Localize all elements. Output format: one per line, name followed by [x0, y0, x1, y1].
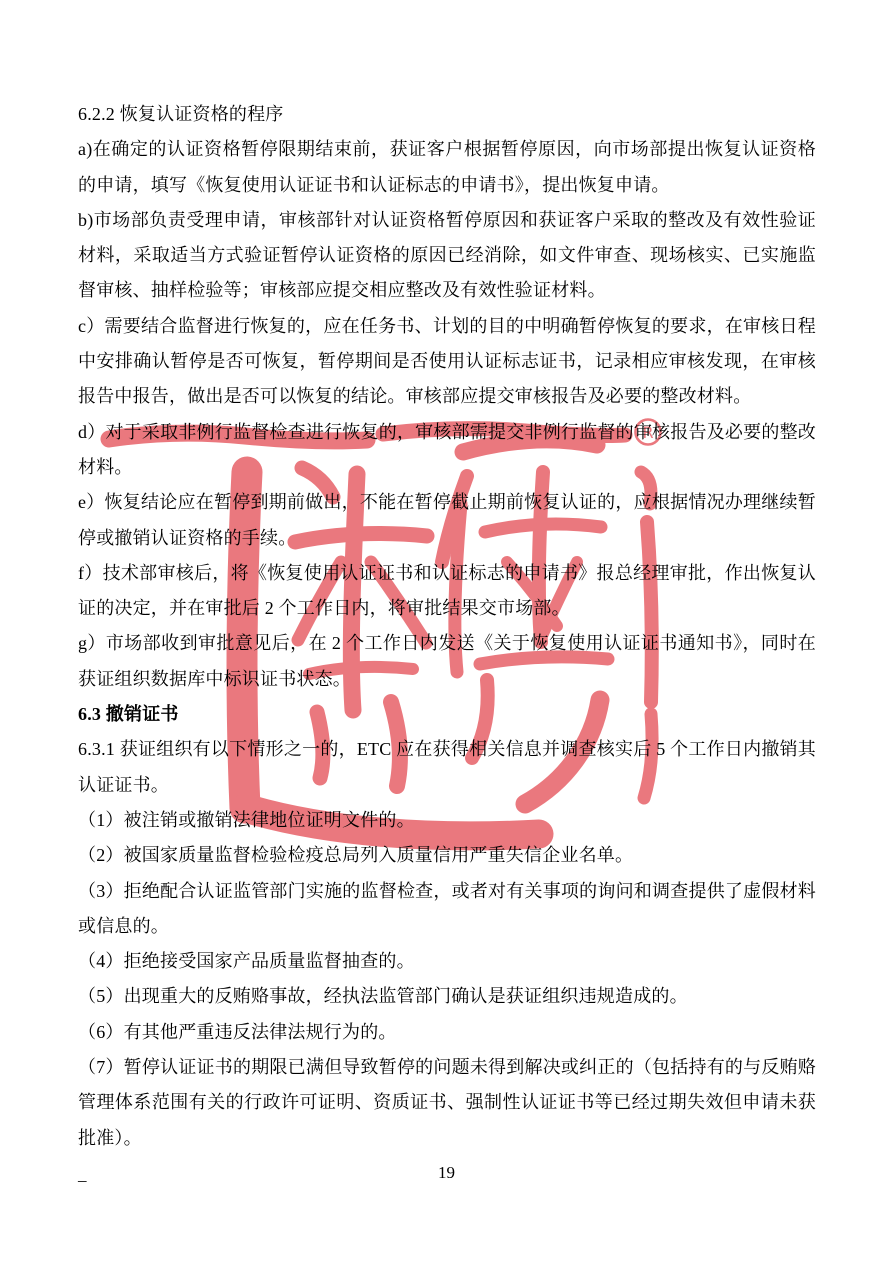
- item-3: （3）拒绝配合认证监管部门实施的监督检查，或者对有关事项的询问和调查提供了虚假材…: [78, 874, 816, 945]
- document-page: 6.2.2 恢复认证资格的程序a)在确定的认证资格暂停限期结束前，获证客户根据暂…: [0, 0, 892, 1262]
- item-1: （1）被注销或撤销法律地位证明文件的。: [78, 803, 816, 838]
- page-footer: _ 19: [78, 1163, 815, 1193]
- para-a: a)在确定的认证资格暂停限期结束前，获证客户根据暂停原因，向市场部提出恢复认证资…: [78, 132, 816, 203]
- heading-6-2-2: 6.2.2 恢复认证资格的程序: [78, 97, 816, 132]
- para-f: f）技术部审核后，将《恢复使用认证证书和认证标志的申请书》报总经理审批，作出恢复…: [78, 556, 816, 627]
- item-5: （5）出现重大的反贿赂事故，经执法监管部门确认是获证组织违规造成的。: [78, 979, 816, 1014]
- para-e: e）恢复结论应在暂停到期前做出，不能在暂停截止期前恢复认证的，应根据情况办理继续…: [78, 485, 816, 556]
- item-4: （4）拒绝接受国家产品质量监督抽查的。: [78, 944, 816, 979]
- heading-6-3: 6.3 撤销证书: [78, 697, 816, 732]
- page-number: 19: [78, 1163, 815, 1183]
- para-6-3-1: 6.3.1 获证组织有以下情形之一的，ETC 应在获得相关信息并调查核实后 5 …: [78, 732, 816, 803]
- para-d: d）对于采取非例行监督检查进行恢复的，审核部需提交非例行监督的审核报告及必要的整…: [78, 415, 816, 486]
- item-2: （2）被国家质量监督检验检疫总局列入质量信用严重失信企业名单。: [78, 838, 816, 873]
- para-c: c）需要结合监督进行恢复的，应在任务书、计划的目的中明确暂停恢复的要求，在审核日…: [78, 309, 816, 415]
- item-6: （6）有其他严重违反法律法规行为的。: [78, 1015, 816, 1050]
- item-7: （7）暂停认证证书的期限已满但导致暂停的问题未得到解决或纠正的（包括持有的与反贿…: [78, 1050, 816, 1156]
- para-g: g）市场部收到审批意见后，在 2 个工作日内发送《关于恢复使用认证证书通知书》，…: [78, 626, 816, 697]
- document-body: 6.2.2 恢复认证资格的程序a)在确定的认证资格暂停限期结束前，获证客户根据暂…: [78, 97, 816, 1156]
- para-b: b)市场部负责受理申请，审核部针对认证资格暂停原因和获证客户采取的整改及有效性验…: [78, 203, 816, 309]
